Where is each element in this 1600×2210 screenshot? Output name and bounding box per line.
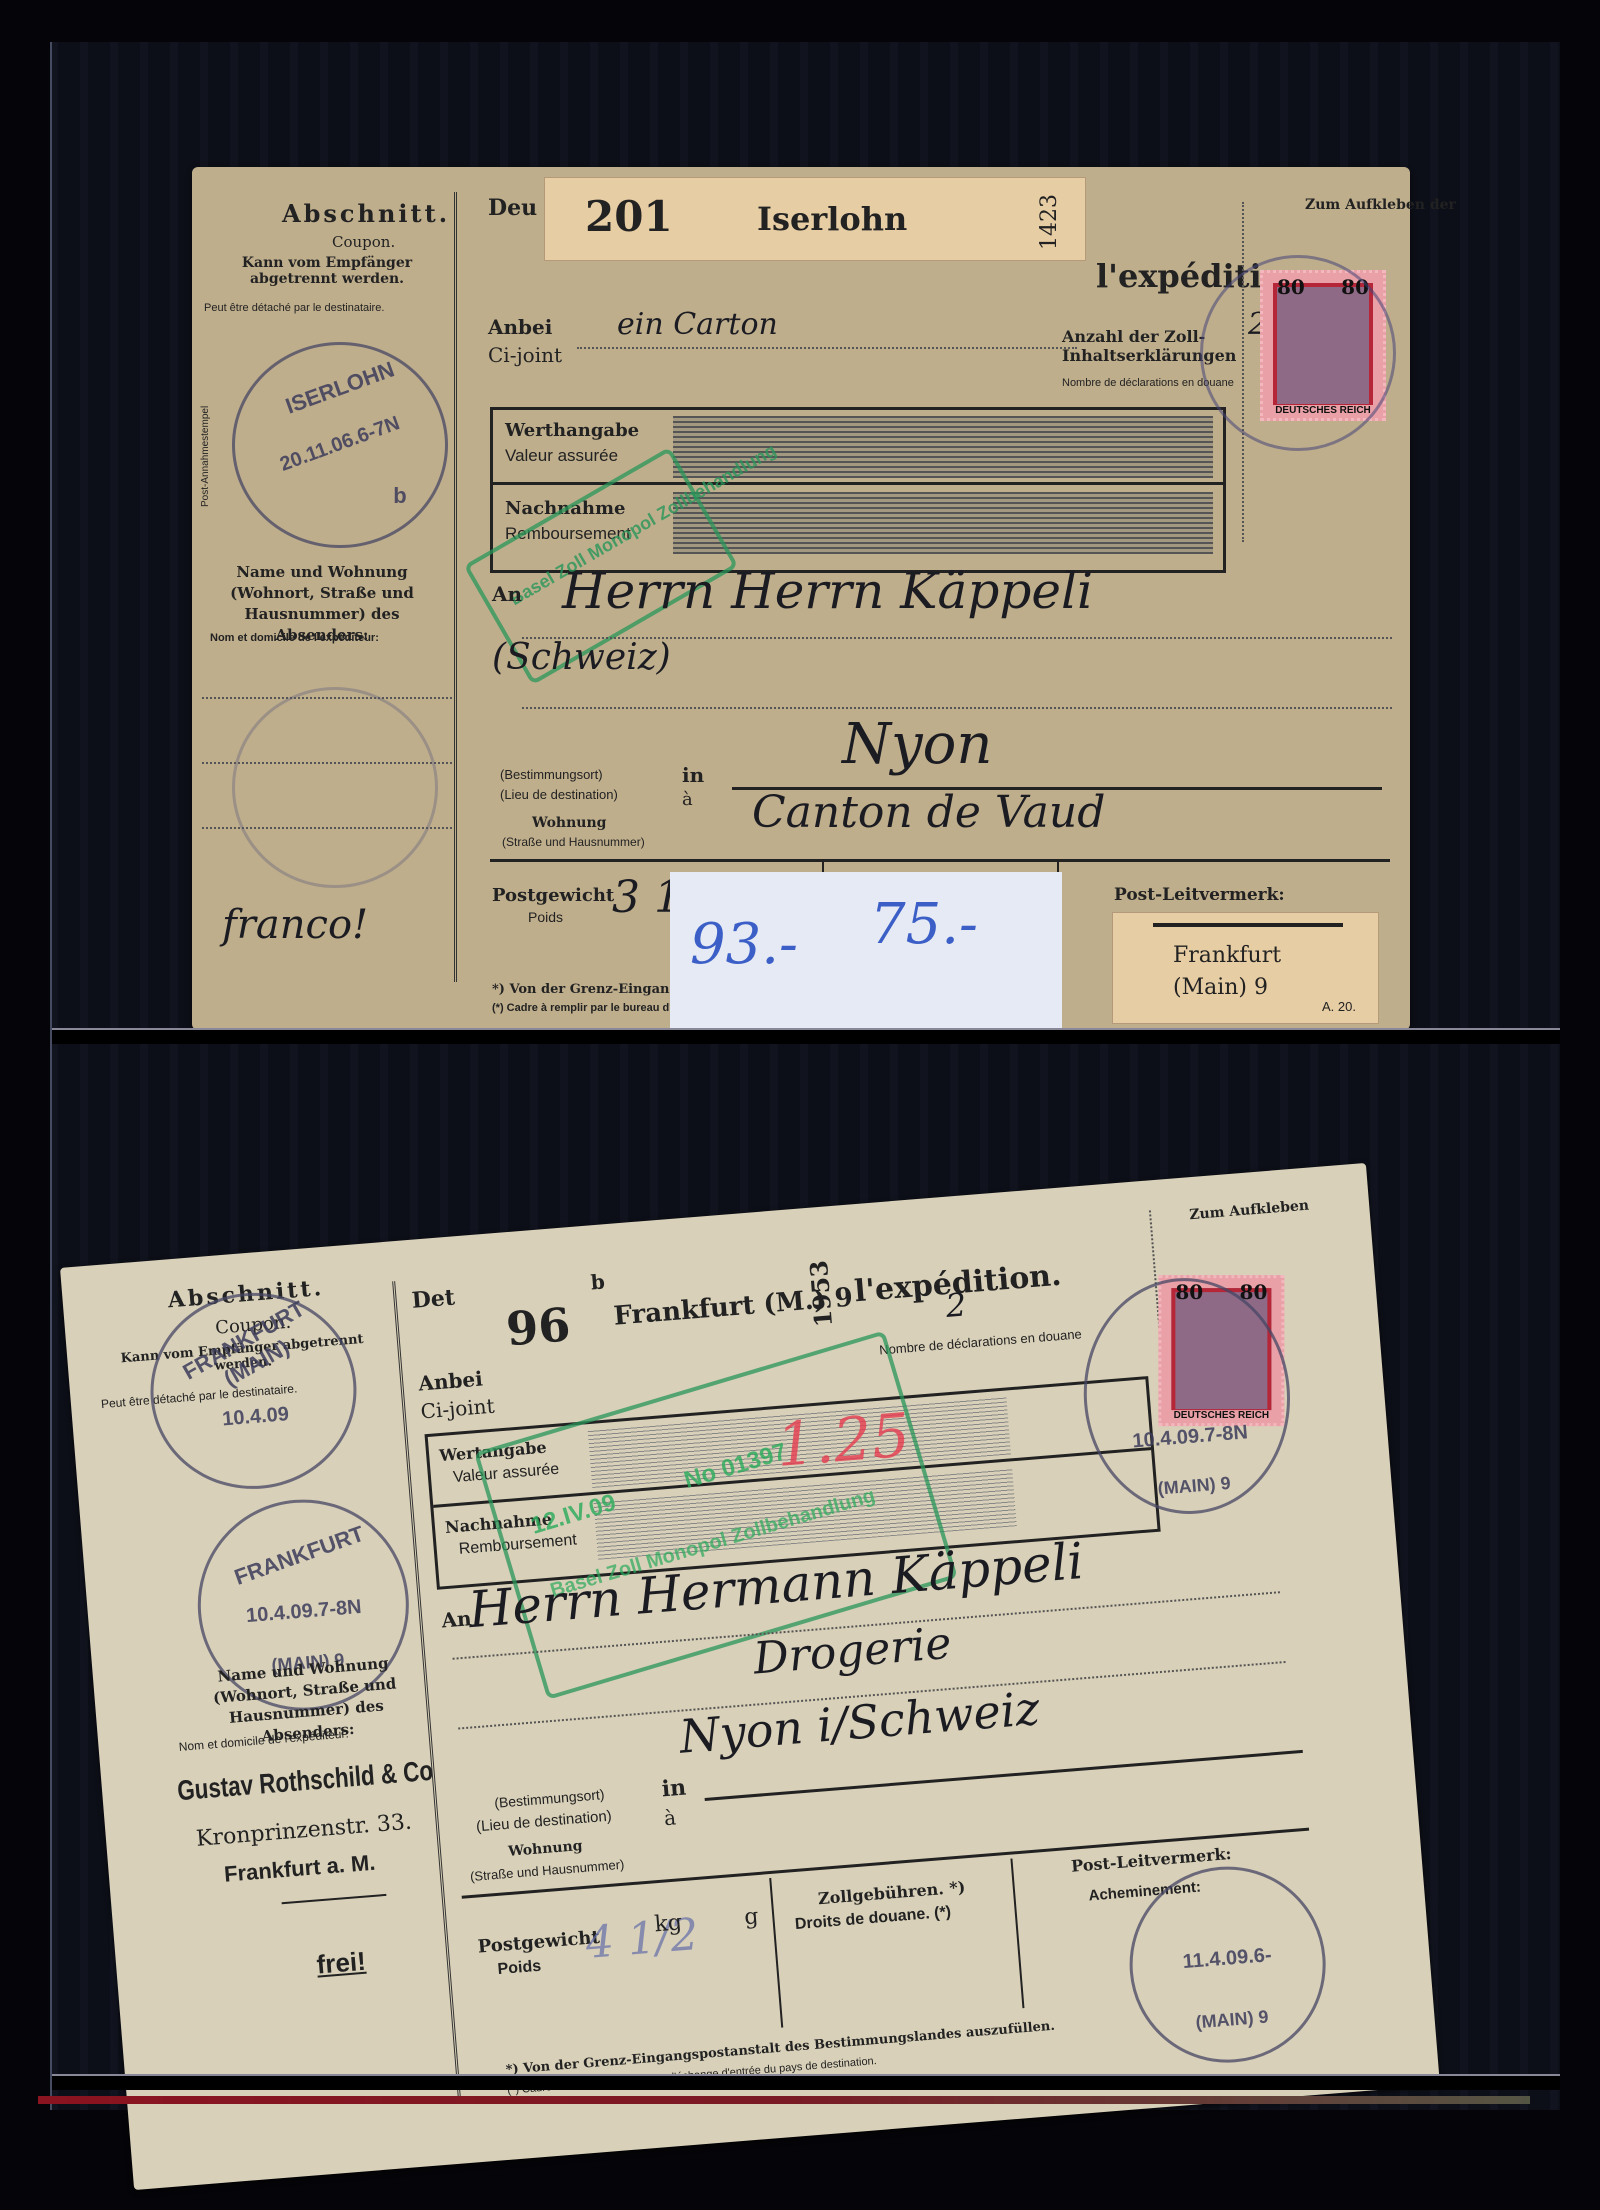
album-strip (52, 1028, 1560, 1044)
destination: Nyon i/Schweiz (677, 1681, 1041, 1764)
parcel-number-label: 201 Iserlohn 1423 (544, 177, 1086, 261)
parcel-card-frankfurt: Abschnitt. Coupon. Kann vom Empfänger ab… (60, 1163, 1440, 2190)
sender-city: Frankfurt a. M. (223, 1850, 376, 1888)
sender-label-fr: Nom et domicile de l'expéditeur: (210, 632, 379, 644)
parcel-number: 96 (504, 1297, 572, 1356)
coupon-detach-de: Kann vom Empfänger abgetrennt werden. (212, 255, 442, 287)
coupon-divider (454, 192, 457, 982)
red-fee: 1.25 (774, 1401, 913, 1481)
price-left: 93.- (690, 912, 798, 977)
weight-kg: 4 1/2 (584, 1909, 701, 1969)
album-red-band (38, 2096, 1530, 2104)
price-note: 93.- 75.- (670, 872, 1062, 1042)
coupon-fr: Coupon. (332, 233, 395, 251)
coupon-detach-fr: Peut être détaché par le destinataire. (204, 302, 384, 314)
postmark-iserlohn: ISERLOHN 20.11.06.6-7N b (232, 342, 448, 548)
sender-street: Kronprinzenstr. 33. (195, 1810, 412, 1852)
side-label-de: Post-Annahmestempel (200, 406, 211, 507)
album-page-edge (50, 42, 52, 2110)
coupon-title: Abschnitt. (282, 199, 450, 228)
postmark-frankfurt-top: FRANKFURT (MAIN) 10.4.09 (143, 1285, 364, 1497)
postmark-faded (232, 687, 438, 888)
sender-note: frei! (315, 1946, 366, 1981)
stamp-cancel-iserlohn (1200, 255, 1396, 451)
price-right: 75.- (870, 892, 978, 957)
addressee: Herrn Herrn Käppeli (562, 562, 1093, 620)
residence: Canton de Vaud (752, 787, 1105, 838)
sender-note: franco! (222, 902, 368, 948)
destination: Nyon (842, 712, 992, 777)
album-strip-bottom (52, 2074, 1560, 2090)
sender-name: Gustav Rothschild & Co (176, 1755, 434, 1807)
enclosed-value: ein Carton (617, 307, 778, 342)
